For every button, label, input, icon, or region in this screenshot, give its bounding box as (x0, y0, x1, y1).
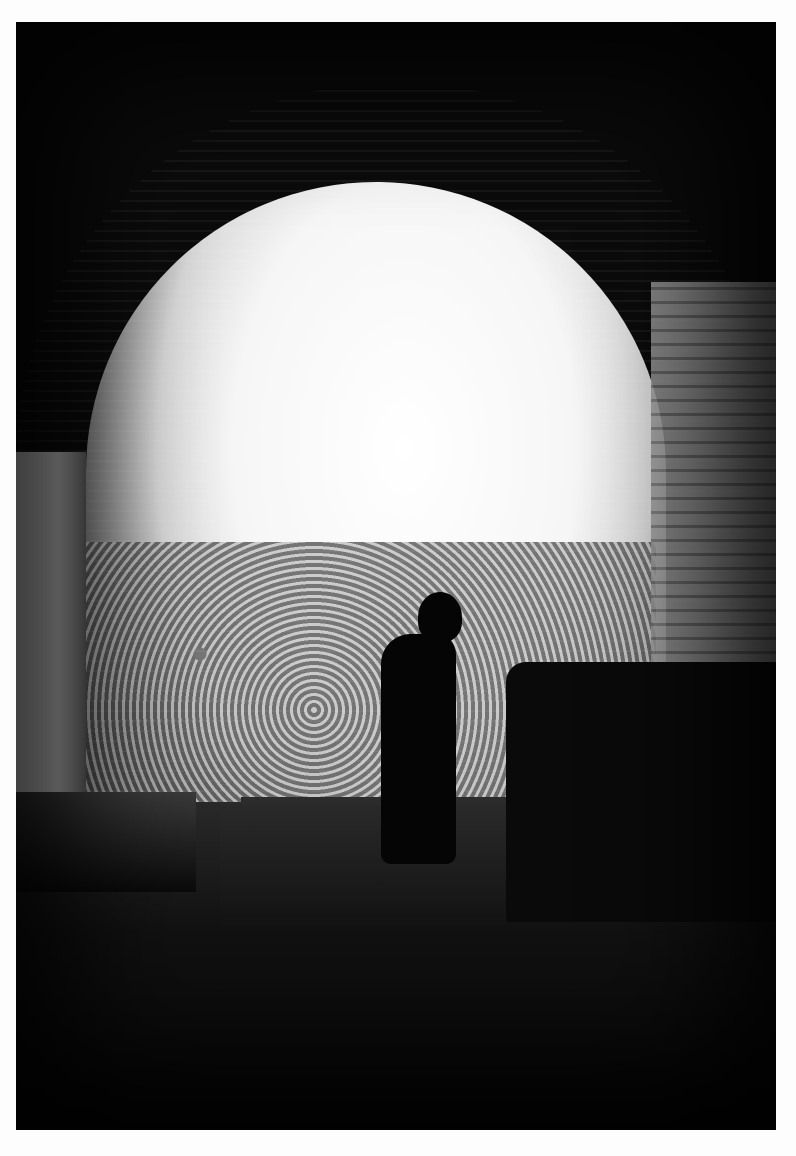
tunnel-photograph (16, 22, 776, 1130)
vignette (16, 22, 776, 1130)
